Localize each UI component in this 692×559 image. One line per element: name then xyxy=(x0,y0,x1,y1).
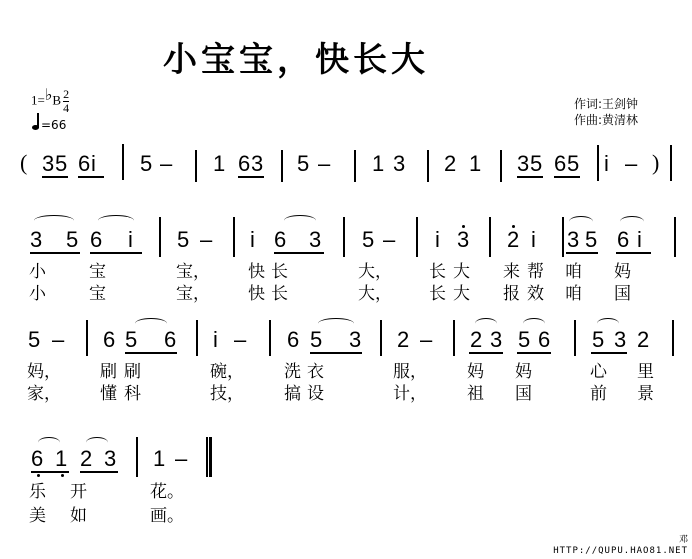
high-octave-dot xyxy=(512,225,515,228)
lyricist: 作词:王剑钟 xyxy=(574,96,638,112)
lyric: 设 xyxy=(307,384,324,404)
lyric: 开 xyxy=(70,482,87,502)
dash: – xyxy=(200,228,212,252)
note: i xyxy=(637,228,642,252)
lyric: 景 xyxy=(637,384,654,404)
lyric: 长 xyxy=(271,262,288,282)
quarter-note-icon xyxy=(32,125,39,130)
note: 5 xyxy=(567,152,579,176)
note: 1 xyxy=(55,447,67,471)
note: 5 xyxy=(518,328,530,352)
lyric: 技， xyxy=(210,384,244,404)
lyric: 快 xyxy=(248,262,265,282)
note: 1 xyxy=(153,447,165,471)
lyric: 妈， xyxy=(27,362,61,382)
key-signature: 1=♭B24 xyxy=(31,88,69,115)
barline xyxy=(233,217,235,257)
slur xyxy=(98,215,134,226)
note: 3 xyxy=(517,152,529,176)
note: 5 xyxy=(297,152,309,176)
lyric: 帮 xyxy=(527,262,544,282)
note: 5 xyxy=(585,228,597,252)
barline xyxy=(122,144,124,180)
lyric: 长 xyxy=(271,284,288,304)
note: 3 xyxy=(393,152,405,176)
note: 5 xyxy=(310,328,322,352)
barline xyxy=(562,217,564,257)
note: i xyxy=(128,228,133,252)
key-note: B xyxy=(52,92,61,107)
underline xyxy=(554,176,580,178)
barline xyxy=(453,320,455,356)
lyric: 祖 xyxy=(467,384,484,404)
note: 5 xyxy=(530,152,542,176)
lyric: 碗， xyxy=(210,362,244,382)
credits: 作词:王剑钟 作曲:黄清林 xyxy=(574,96,638,128)
dash: – xyxy=(625,152,637,176)
note: 5 xyxy=(177,228,189,252)
note: 3 xyxy=(349,328,361,352)
note: 5 xyxy=(592,328,604,352)
note: i xyxy=(250,228,255,252)
note: 5 xyxy=(362,228,374,252)
barline xyxy=(159,217,161,257)
barline xyxy=(136,437,138,477)
note: i xyxy=(531,228,536,252)
note: 3 xyxy=(309,228,321,252)
lyric: 科 xyxy=(124,384,141,404)
barline xyxy=(427,150,429,182)
underline xyxy=(80,471,118,473)
note: 6 xyxy=(103,328,115,352)
lyric: 效 xyxy=(527,284,544,304)
note: 5 xyxy=(66,228,78,252)
underline xyxy=(274,252,324,254)
lyric: 计， xyxy=(393,384,427,404)
note: 1 xyxy=(372,152,384,176)
lyric: 报 xyxy=(503,284,520,304)
note: 2 xyxy=(80,447,92,471)
barline xyxy=(489,217,491,257)
barline xyxy=(597,145,599,181)
barline xyxy=(674,217,676,257)
lyric: 乐 xyxy=(29,482,46,502)
underline xyxy=(238,176,264,178)
slur xyxy=(569,216,593,227)
time-top: 2 xyxy=(63,88,69,102)
lyric: 里 xyxy=(637,362,654,382)
barline xyxy=(343,217,345,257)
final-barline-thin xyxy=(206,437,208,477)
barline xyxy=(672,320,674,356)
lyric: 大， xyxy=(358,262,392,282)
time-signature: 24 xyxy=(63,88,69,115)
lyric: 前 xyxy=(590,384,607,404)
lyric: 懂 xyxy=(100,384,117,404)
close-paren: ) xyxy=(652,150,659,176)
lyric: 心 xyxy=(590,362,607,382)
key-label: 1= xyxy=(31,92,45,107)
lyric: 服， xyxy=(393,362,427,382)
lyric: 快 xyxy=(248,284,265,304)
underline xyxy=(310,352,362,354)
lyric: 宝， xyxy=(176,262,210,282)
note: 3 xyxy=(490,328,502,352)
note: 1 xyxy=(469,152,481,176)
lyric: 宝 xyxy=(89,284,106,304)
note: 6 xyxy=(538,328,550,352)
underline xyxy=(31,471,69,473)
note: 6 xyxy=(554,152,566,176)
lyric: 家， xyxy=(27,384,61,404)
note: 6 xyxy=(287,328,299,352)
underline xyxy=(566,252,598,254)
tempo-marking: =66 xyxy=(32,118,66,132)
lyric: 妈 xyxy=(467,362,484,382)
note: i xyxy=(91,152,96,176)
lyric: 妈 xyxy=(614,262,631,282)
note: 3 xyxy=(30,228,42,252)
dash: – xyxy=(160,152,172,176)
note: 5 xyxy=(140,152,152,176)
note: i xyxy=(213,328,218,352)
slur xyxy=(135,318,167,329)
high-octave-dot xyxy=(462,225,465,228)
lyric: 妈 xyxy=(515,362,532,382)
underline xyxy=(78,176,104,178)
lyric: 如 xyxy=(70,506,87,526)
note: 6 xyxy=(164,328,176,352)
note: 2 xyxy=(444,152,456,176)
note: 2 xyxy=(637,328,649,352)
dash: – xyxy=(318,152,330,176)
lyric: 大 xyxy=(453,262,470,282)
barline xyxy=(195,150,197,182)
note: 3 xyxy=(614,328,626,352)
underline xyxy=(517,176,543,178)
note: 6 xyxy=(617,228,629,252)
tempo-value: =66 xyxy=(41,118,66,132)
lyric: 国 xyxy=(614,284,631,304)
lyric: 画。 xyxy=(150,506,184,526)
lyric: 宝， xyxy=(176,284,210,304)
final-barline-thick xyxy=(209,437,212,477)
barline xyxy=(416,217,418,257)
underline xyxy=(591,352,627,354)
watermark-glyph: 邓 xyxy=(679,532,688,545)
note: 3 xyxy=(457,228,469,252)
note: 3 xyxy=(251,152,263,176)
note: 1 xyxy=(213,152,225,176)
slur xyxy=(284,215,316,226)
lyric: 来 xyxy=(503,262,520,282)
low-octave-dot xyxy=(37,474,40,477)
dash: – xyxy=(52,328,64,352)
lyric: 刷 xyxy=(100,362,117,382)
note: 6 xyxy=(90,228,102,252)
low-octave-dot xyxy=(61,474,64,477)
barline xyxy=(86,320,88,356)
lyric: 小 xyxy=(29,284,46,304)
barline xyxy=(500,150,502,182)
lyric: 咱 xyxy=(565,262,582,282)
note: 3 xyxy=(104,447,116,471)
lyric: 长 xyxy=(429,284,446,304)
note: 6 xyxy=(274,228,286,252)
note: 2 xyxy=(507,228,519,252)
barline xyxy=(354,150,356,182)
time-bottom: 4 xyxy=(63,102,69,115)
underline xyxy=(42,176,68,178)
watermark-url: HTTP://QUPU.HAO81.NET xyxy=(553,546,688,556)
note: 2 xyxy=(470,328,482,352)
lyric: 花。 xyxy=(150,482,184,502)
dash: – xyxy=(420,328,432,352)
lyric: 搞 xyxy=(284,384,301,404)
barline xyxy=(380,320,382,356)
slur xyxy=(34,215,74,226)
note: 6 xyxy=(31,447,43,471)
lyric: 刷 xyxy=(124,362,141,382)
lyric: 美 xyxy=(29,506,46,526)
lyric: 咱 xyxy=(565,284,582,304)
note: 2 xyxy=(397,328,409,352)
underline xyxy=(517,352,551,354)
lyric: 洗 xyxy=(284,362,301,382)
note: 6 xyxy=(78,152,90,176)
barline xyxy=(574,320,576,356)
dash: – xyxy=(383,228,395,252)
barline xyxy=(281,150,283,182)
note: 5 xyxy=(125,328,137,352)
barline xyxy=(670,145,672,181)
slur xyxy=(620,216,644,227)
dash: – xyxy=(175,447,187,471)
underline xyxy=(469,352,503,354)
underline xyxy=(90,252,142,254)
flat-icon: ♭ xyxy=(45,87,53,104)
underline xyxy=(125,352,177,354)
song-title: 小宝宝，快长大 xyxy=(163,32,429,81)
lyric: 衣 xyxy=(307,362,324,382)
lyric: 国 xyxy=(515,384,532,404)
underline xyxy=(616,252,651,254)
underline xyxy=(30,252,80,254)
lyric: 大， xyxy=(358,284,392,304)
note: 3 xyxy=(42,152,54,176)
note: 5 xyxy=(55,152,67,176)
lyric: 长 xyxy=(429,262,446,282)
lyric: 宝 xyxy=(89,262,106,282)
note: 3 xyxy=(567,228,579,252)
open-paren: ( xyxy=(20,150,27,176)
note: i xyxy=(435,228,440,252)
barline xyxy=(269,320,271,356)
lyric: 大 xyxy=(453,284,470,304)
note: 6 xyxy=(238,152,250,176)
dash: – xyxy=(234,328,246,352)
note: i xyxy=(604,152,609,176)
composer: 作曲:黄清林 xyxy=(574,112,638,128)
note: 5 xyxy=(28,328,40,352)
lyric: 小 xyxy=(29,262,46,282)
barline xyxy=(196,320,198,356)
